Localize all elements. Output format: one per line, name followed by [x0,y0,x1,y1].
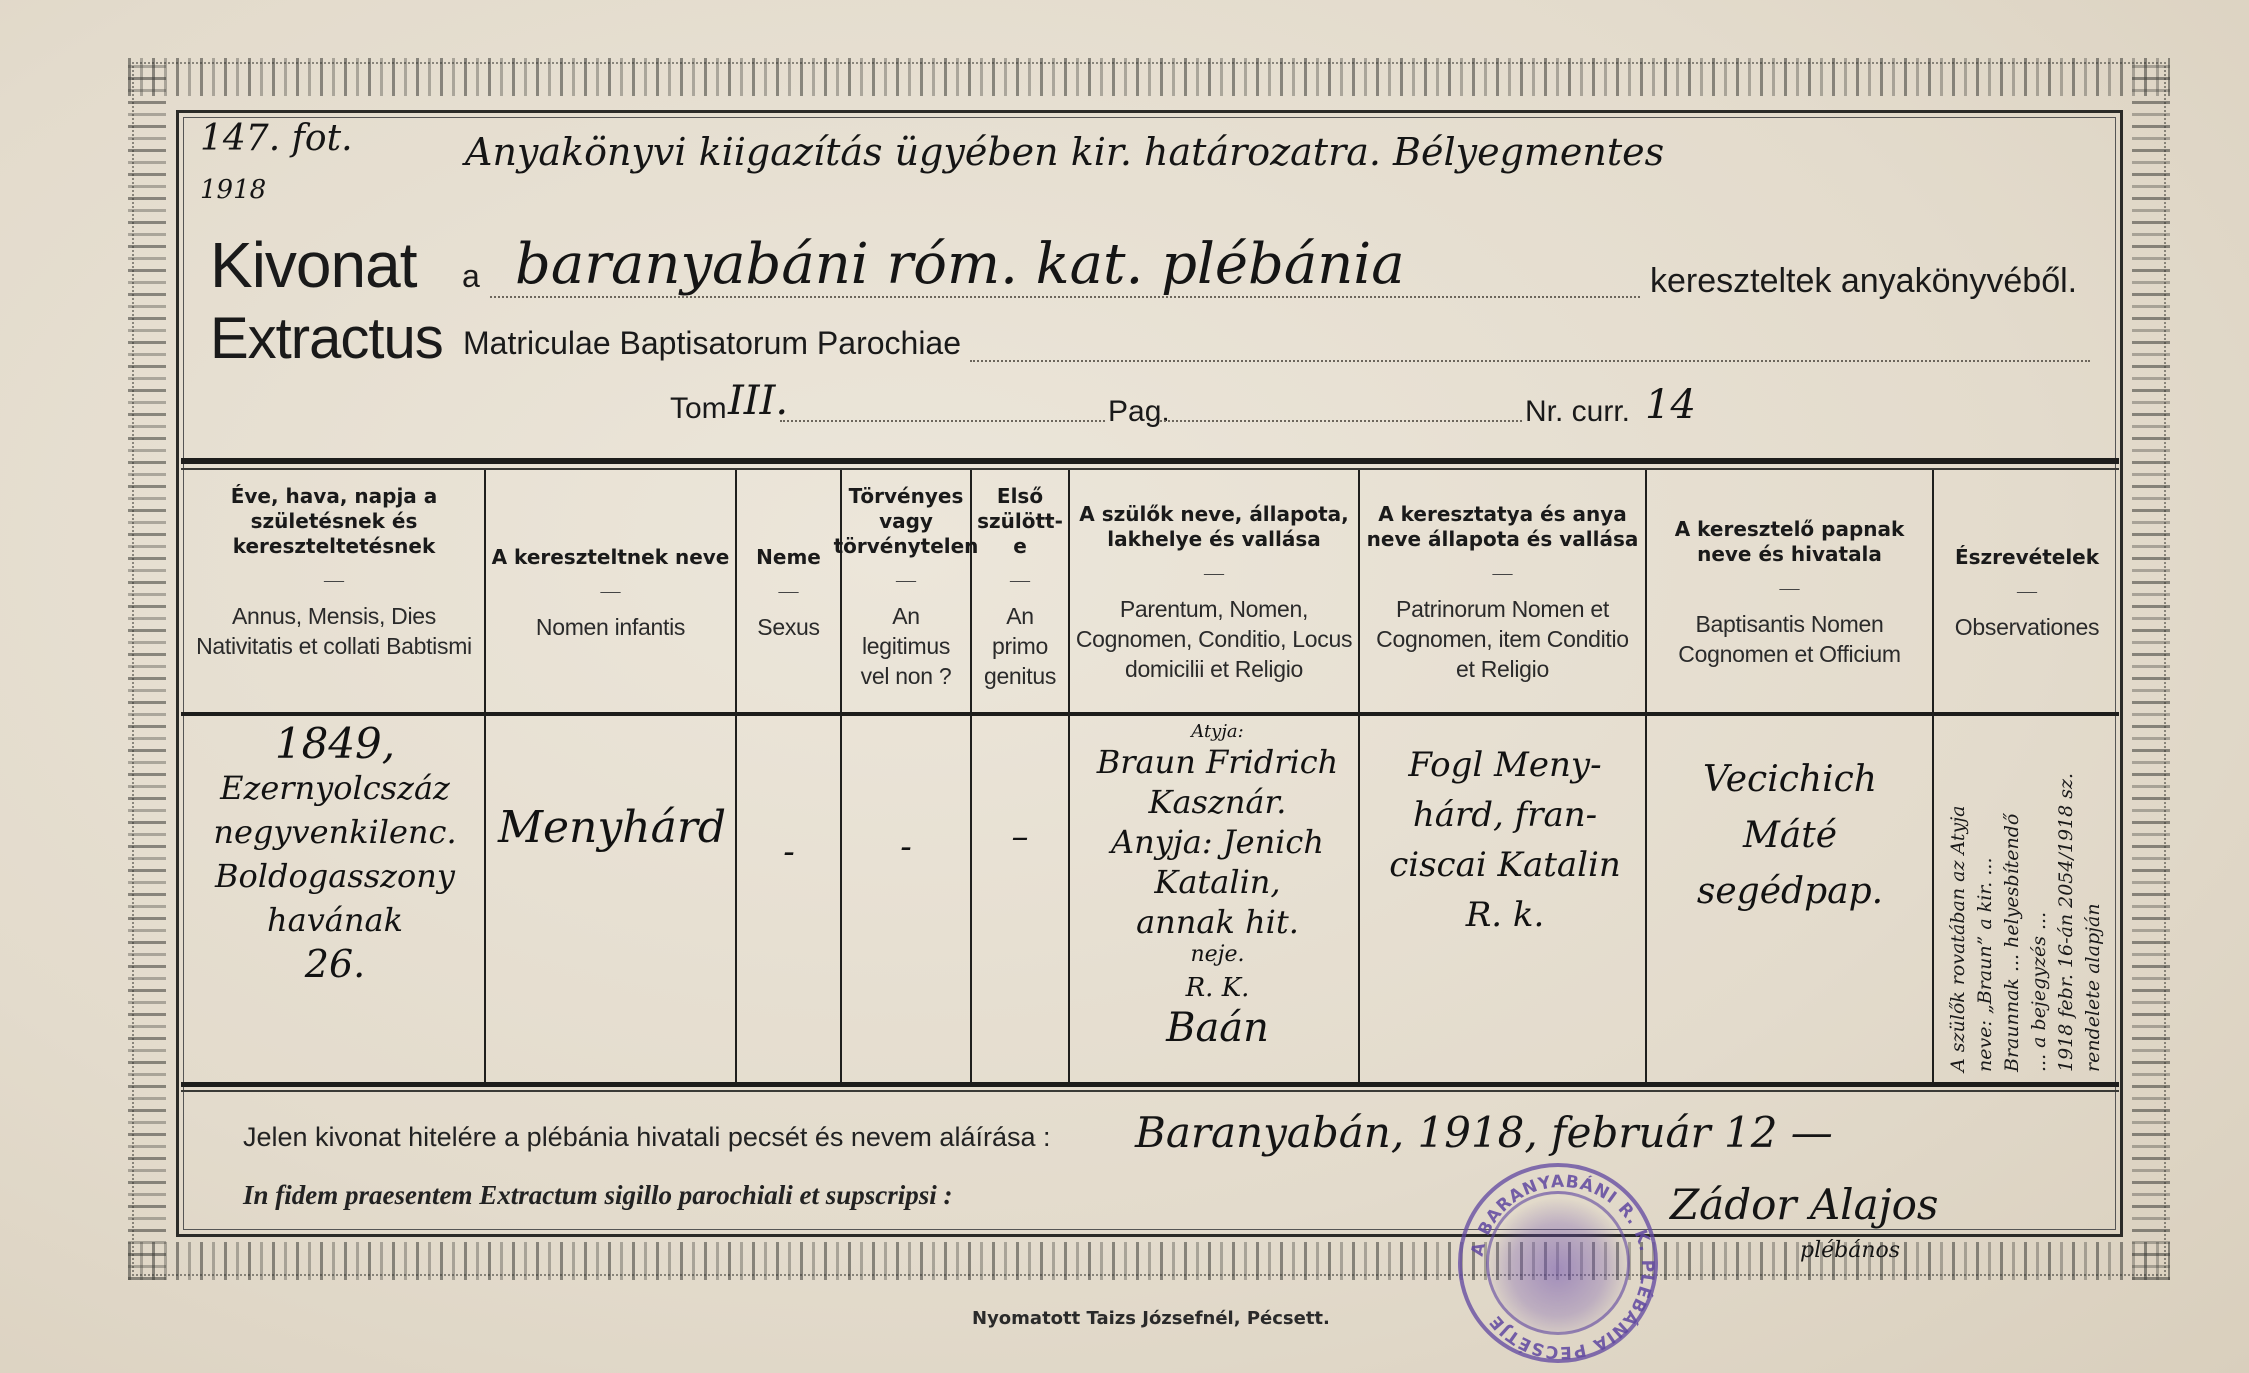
header-dash: — [324,567,344,593]
infant-name: Menyhárd [492,802,732,853]
column-header-godparents: A keresztatya és anya neve állapota és v… [1360,478,1645,708]
parents-line: neje. [1075,942,1360,968]
attestation-hungarian: Jelen kivonat hitelére a plébánia hivata… [243,1122,1050,1153]
godparents-line: Fogl Meny- [1365,740,1645,790]
parents-line: Baán [1075,1008,1360,1048]
table-top-rule-thin [181,468,2119,470]
header-dash: — [2017,578,2037,604]
parents-line: Braun Fridrich [1075,742,1360,782]
observation-line: A szülők rovatában az Atyja [1945,712,1972,1072]
observation-line: neve: „Braun” a kir. ... [1972,712,1999,1072]
cell-godparents: Fogl Meny- hárd, fran- ciscai Katalin R.… [1365,722,1645,1077]
cell-legitimate: - [845,722,967,1077]
column-header-firstborn: Első szülött-e — An primo genitus [972,478,1068,708]
column-header-la: Baptisantis Nomen Cognomen et Officium [1651,609,1928,669]
signature-title: plébános [1800,1238,1900,1263]
cell-name: Menyhárd [492,722,732,1077]
observation-line: rendelete alapján [2080,712,2107,1072]
sex-value: - [740,832,838,872]
date-day: 26. [190,942,480,986]
column-header-hu: Éve, hava, napja a születésnek és keresz… [188,484,480,559]
column-header-hu: A kereszteltnek neve [492,545,730,570]
header-dash: — [601,578,621,604]
tom-dotted-line [780,420,1105,422]
header-dash: — [1493,560,1513,586]
place-and-date: Baranyabán, 1918, február 12 — [1135,1108,1833,1157]
date-line: Boldogasszony [190,854,480,898]
header-dash: — [779,578,799,604]
parish-seal-stamp: A BARANYABÁNI R. K. PLÉBÁNIA PECSÉTJE [1458,1163,1658,1363]
date-line: negyvenkilenc. [190,810,480,854]
priest-line: Máté [1650,808,1930,864]
column-header-name: A kereszteltnek neve — Nomen infantis [486,478,735,708]
title-suffix: kereszteltek anyakönyvéből. [1650,262,2077,301]
observation-line: ... a bejegyzés ... [2026,712,2053,1072]
column-header-legitimate: Törvényes vagy törvénytelen — An legitim… [842,478,970,708]
date-year: 1849, [190,722,480,766]
nr-label: Nr. curr. [1525,395,1630,429]
column-header-priest: A keresztelő papnak neve és hivatala — B… [1647,478,1932,708]
cell-firstborn: – [975,722,1065,1077]
title-article: a [462,258,480,295]
parents-line: Anyja: Jenich [1075,822,1360,862]
table-bottom-rule-thin [181,1090,2119,1092]
godparents-line: hárd, fran- [1365,790,1645,840]
column-header-hu: Neme [756,545,821,570]
column-header-la: Sexus [757,612,819,642]
date-line: havának [190,898,480,942]
column-header-la: Observationes [1955,612,2099,642]
column-header-hu: A szülők neve, állapota, lakhelye és val… [1074,502,1354,552]
column-header-hu: A keresztelő papnak neve és hivatala [1651,517,1928,567]
pag-dotted-line [1160,420,1522,422]
margin-note-ref: 147. fot. [200,118,353,159]
nr-value: 14 [1645,382,1696,428]
header-dash: — [1010,567,1030,593]
parents-line: Atyja: [1075,722,1360,742]
priest-line: Vecichich [1650,752,1930,808]
column-header-observations: Észrevételek — Observationes [1934,478,2120,708]
subtitle-latin: Matriculae Baptisatorum Parochiae [463,325,961,362]
parents-line: Katalin, [1075,862,1360,902]
parents-line: annak hit. [1075,902,1360,942]
observation-line: Braunnak ... helyesbítendő [1999,712,2026,1072]
margin-note-year: 1918 [200,175,266,205]
printer-imprint: Nyomatott Taizs Józsefnél, Pécsett. [972,1308,1330,1329]
subtitle-dotted-line [970,360,2090,362]
column-header-hu: A keresztatya és anya neve állapota és v… [1364,502,1641,552]
cell-parents: Atyja: Braun Fridrich Kasznár. Anyja: Je… [1075,722,1360,1077]
column-header-la: Annus, Mensis, Dies Nativitatis et colla… [188,601,480,661]
table-top-rule [181,458,2119,464]
priest-signature: Zádor Alajos [1670,1180,1939,1229]
cell-priest: Vecichich Máté segédpap. [1650,722,1930,1077]
column-header-la: Patrinorum Nomen et Cognomen, item Condi… [1364,594,1641,684]
attestation-latin: In fidem praesentem Extractum sigillo pa… [243,1180,953,1211]
cell-sex: - [740,722,838,1077]
column-header-parents: A szülők neve, állapota, lakhelye és val… [1070,478,1358,708]
observation-line: 1918 febr. 16-án 2054/1918 sz. [2053,712,2080,1072]
date-line: Ezernyolcszáz [190,766,480,810]
column-header-hu: Észrevételek [1955,545,2099,570]
firstborn-value: – [975,817,1065,857]
godparents-line: R. k. [1365,890,1645,940]
header-dash: — [1780,575,1800,601]
title-hungarian: Kivonat [210,228,416,302]
title-latin: Extractus [210,305,443,372]
table-bottom-rule [181,1082,2119,1087]
column-header-sex: Neme — Sexus [737,478,840,708]
seal-ring-text-icon: A BARANYABÁNI R. K. PLÉBÁNIA PECSÉTJE [1462,1167,1662,1367]
header-dash: — [1204,560,1224,586]
tom-label: Tom [670,392,727,426]
parish-name-handwritten: baranyabáni róm. kat. plébánia [515,232,1405,297]
svg-text:A BARANYABÁNI R. K. PLÉBÁNIA P: A BARANYABÁNI R. K. PLÉBÁNIA PECSÉTJE [1468,1172,1657,1362]
column-header-date: Éve, hava, napja a születésnek és keresz… [184,478,484,708]
column-header-hu: Első szülött-e [976,484,1064,559]
priest-line: segédpap. [1650,864,1930,920]
tom-value: III. [728,378,788,424]
cell-date: 1849, Ezernyolcszáz negyvenkilenc. Boldo… [190,722,480,1077]
column-header-la: An primo genitus [976,601,1064,691]
column-header-hu: Törvényes vagy törvénytelen [834,484,979,559]
cell-observations: A szülők rovatában az Atyja neve: „Braun… [1945,712,2107,1072]
pag-label: Pag. [1108,395,1170,429]
header-dash: — [896,567,916,593]
parents-line: R. K. [1075,968,1360,1008]
legitimate-value: - [845,827,967,867]
parents-line: Kasznár. [1075,782,1360,822]
godparents-line: ciscai Katalin [1365,840,1645,890]
table-header-rule [181,712,2119,716]
column-header-la: Nomen infantis [536,612,685,642]
margin-note-line: Anyakönyvi kiigazítás ügyében kir. határ… [465,130,1664,174]
column-header-la: Parentum, Nomen, Cognomen, Conditio, Loc… [1074,594,1354,684]
column-header-la: An legitimus vel non ? [846,601,966,691]
